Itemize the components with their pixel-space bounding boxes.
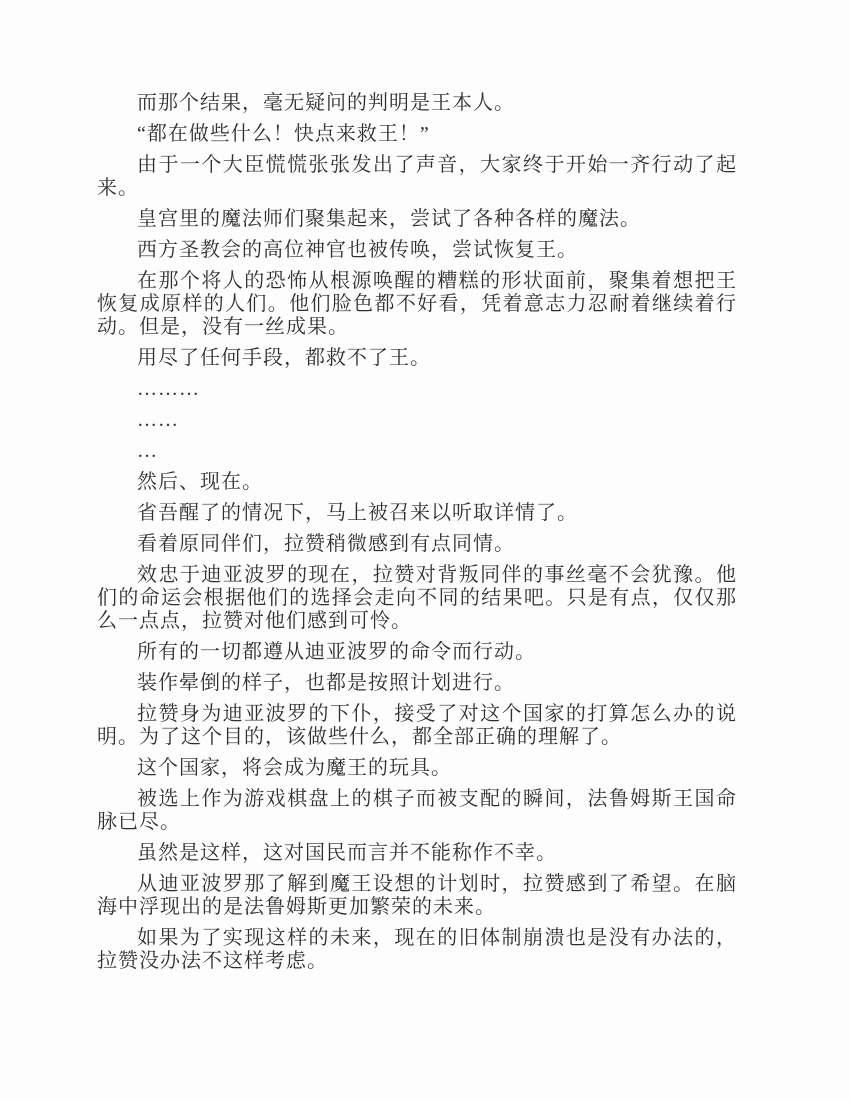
- novel-text: 而那个结果，毫无疑问的判明是王本人。“都在做些什么！快点来救王！”由于一个大臣慌…: [97, 92, 737, 981]
- paragraph: 虽然是这样，这对国民而言并不能称作不幸。: [97, 842, 737, 865]
- paragraph: 如果为了实现这样的未来，现在的旧体制崩溃也是没有办法的，拉赞没办法不这样考虑。: [97, 927, 737, 973]
- paragraph: 然后、现在。: [97, 471, 737, 494]
- paragraph: 在那个将人的恐怖从根源唤醒的糟糕的形状面前，聚集着想把王恢复成原样的人们。他们脸…: [97, 270, 737, 339]
- paragraph: 看着原同伴们，拉赞稍微感到有点同情。: [97, 533, 737, 556]
- paragraph: 效忠于迪亚波罗的现在，拉赞对背叛同伴的事丝毫不会犹豫。他们的命运会根据他们的选择…: [97, 564, 737, 633]
- paragraph: 西方圣教会的高位神官也被传唤，尝试恢复王。: [97, 239, 737, 262]
- novel-page: 而那个结果，毫无疑问的判明是王本人。“都在做些什么！快点来救王！”由于一个大臣慌…: [0, 0, 850, 1100]
- paragraph: 拉赞身为迪亚波罗的下仆，接受了对这个国家的打算怎么办的说明。为了这个目的，该做些…: [97, 703, 737, 749]
- paragraph: 用尽了任何手段，都救不了王。: [97, 347, 737, 370]
- paragraph: ……: [97, 409, 737, 432]
- paragraph: 皇宫里的魔法师们聚集起来，尝试了各种各样的魔法。: [97, 208, 737, 231]
- paragraph: 省吾醒了的情况下，马上被召来以听取详情了。: [97, 502, 737, 525]
- paragraph: 被选上作为游戏棋盘上的棋子而被支配的瞬间，法鲁姆斯王国命脉已尽。: [97, 788, 737, 834]
- paragraph: 这个国家，将会成为魔王的玩具。: [97, 757, 737, 780]
- paragraph: “都在做些什么！快点来救王！”: [97, 123, 737, 146]
- paragraph: 由于一个大臣慌慌张张发出了声音，大家终于开始一齐行动了起来。: [97, 154, 737, 200]
- paragraph: ………: [97, 378, 737, 401]
- paragraph: 而那个结果，毫无疑问的判明是王本人。: [97, 92, 737, 115]
- paragraph: 所有的一切都遵从迪亚波罗的命令而行动。: [97, 641, 737, 664]
- paragraph: 从迪亚波罗那了解到魔王设想的计划时，拉赞感到了希望。在脑海中浮现出的是法鲁姆斯更…: [97, 873, 737, 919]
- paragraph: 装作晕倒的样子，也都是按照计划进行。: [97, 672, 737, 695]
- paragraph: …: [97, 440, 737, 463]
